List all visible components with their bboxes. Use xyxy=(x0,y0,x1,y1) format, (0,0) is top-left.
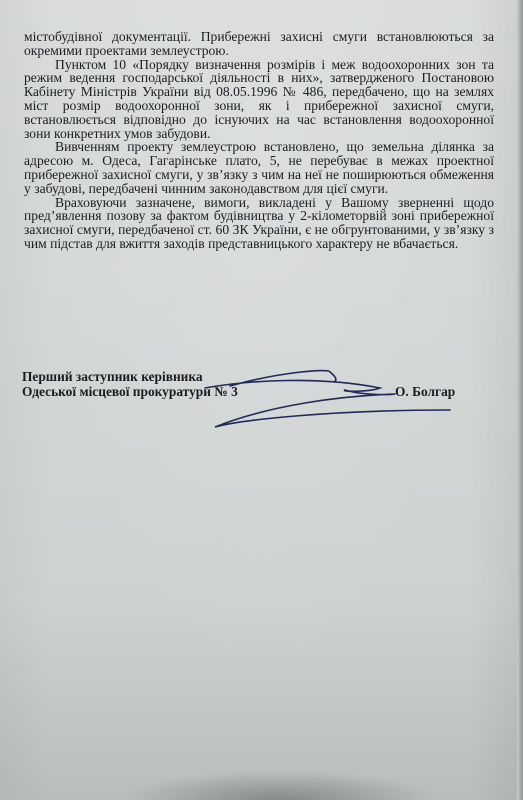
letter-body: містобудівної документації. Прибережні з… xyxy=(24,30,494,251)
shadow xyxy=(120,770,440,800)
signature-block: Перший заступник керівника Одеської місц… xyxy=(22,369,462,399)
paper-edge xyxy=(517,0,523,800)
paragraph-2: Пунктом 10 «Порядку визначення розмірів … xyxy=(24,58,494,141)
paragraph-3: Вивченням проекту землеустрою встановлен… xyxy=(24,140,494,195)
paragraph-1: містобудівної документації. Прибережні з… xyxy=(24,30,494,58)
signatory-position-line1: Перший заступник керівника xyxy=(22,369,462,384)
signatory-name: О. Болгар xyxy=(395,384,455,399)
paragraph-4: Враховуючи зазначене, вимоги, викладені … xyxy=(24,196,494,251)
